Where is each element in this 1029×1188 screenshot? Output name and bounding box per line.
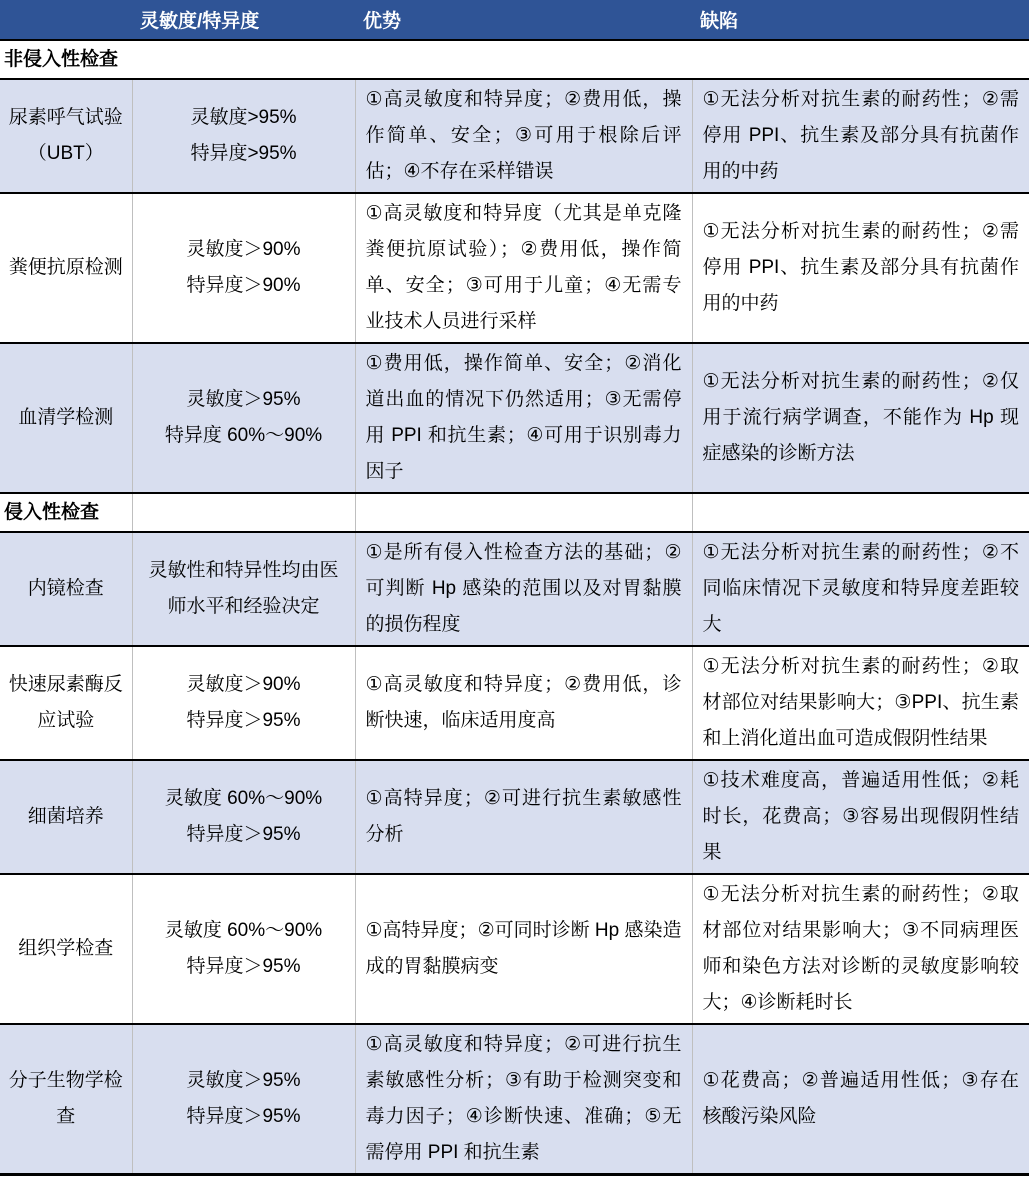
advantages-cell: ①高灵敏度和特异度；②可进行抗生素敏感性分析；③有助于检测突变和毒力因子；④诊断… (355, 1024, 692, 1175)
table-header: 灵敏度/特异度 优势 缺陷 (0, 0, 1029, 40)
section-title-noninvasive: 非侵入性检查 (0, 40, 1029, 79)
hp-test-comparison-page: 灵敏度/特异度 优势 缺陷 非侵入性检查 尿素呼气试验（UBT） 灵敏度>95%… (0, 0, 1029, 1176)
advantages-cell: ①是所有侵入性检查方法的基础；②可判断 Hp 感染的范围以及对胃黏膜的损伤程度 (355, 532, 692, 646)
method-cell: 组织学检查 (0, 874, 132, 1024)
section-title-invasive: 侵入性检查 (0, 493, 132, 532)
method-cell: 粪便抗原检测 (0, 193, 132, 343)
advantages-cell: ①高灵敏度和特异度（尤其是单克隆粪便抗原试验）；②费用低，操作简单、安全；③可用… (355, 193, 692, 343)
col-header-drawbacks: 缺陷 (692, 0, 1029, 40)
drawbacks-cell: ①无法分析对抗生素的耐药性；②不同临床情况下灵敏度和特异度差距较大 (692, 532, 1029, 646)
table-row-rapid-urease: 快速尿素酶反应试验 灵敏度＞90% 特异度＞95% ①高灵敏度和特异度；②费用低… (0, 646, 1029, 760)
drawbacks-cell: ①无法分析对抗生素的耐药性；②仅用于流行病学调查，不能作为 Hp 现症感染的诊断… (692, 343, 1029, 493)
drawbacks-cell: ①无法分析对抗生素的耐药性；②取材部位对结果影响大；③PPI、抗生素和上消化道出… (692, 646, 1029, 760)
col-header-sensitivity-specificity: 灵敏度/特异度 (132, 0, 355, 40)
drawbacks-cell: ①无法分析对抗生素的耐药性；②取材部位对结果影响大；③不同病理医师和染色方法对诊… (692, 874, 1029, 1024)
empty-cell (132, 493, 355, 532)
advantages-cell: ①高灵敏度和特异度；②费用低，操作简单、安全；③可用于根除后评估；④不存在采样错… (355, 79, 692, 193)
metrics-cell: 灵敏度 60%～90% 特异度＞95% (132, 874, 355, 1024)
section-row-invasive: 侵入性检查 (0, 493, 1029, 532)
metrics-cell: 灵敏度 60%～90% 特异度＞95% (132, 760, 355, 874)
header-row: 灵敏度/特异度 优势 缺陷 (0, 0, 1029, 40)
table-row-molecular-biology: 分子生物学检查 灵敏度＞95% 特异度＞95% ①高灵敏度和特异度；②可进行抗生… (0, 1024, 1029, 1175)
empty-cell (355, 493, 692, 532)
table-row-serology: 血清学检测 灵敏度＞95% 特异度 60%～90% ①费用低，操作简单、安全；②… (0, 343, 1029, 493)
advantages-cell: ①高特异度；②可进行抗生素敏感性分析 (355, 760, 692, 874)
method-cell: 尿素呼气试验（UBT） (0, 79, 132, 193)
metrics-cell: 灵敏性和特异性均由医师水平和经验决定 (132, 532, 355, 646)
advantages-cell: ①高灵敏度和特异度；②费用低，诊断快速，临床适用度高 (355, 646, 692, 760)
metrics-cell: 灵敏度＞90% 特异度＞90% (132, 193, 355, 343)
method-cell: 细菌培养 (0, 760, 132, 874)
metrics-cell: 灵敏度＞95% 特异度＞95% (132, 1024, 355, 1175)
table-row-stool-antigen: 粪便抗原检测 灵敏度＞90% 特异度＞90% ①高灵敏度和特异度（尤其是单克隆粪… (0, 193, 1029, 343)
table-row-ubt: 尿素呼气试验（UBT） 灵敏度>95% 特异度>95% ①高灵敏度和特异度；②费… (0, 79, 1029, 193)
method-cell: 快速尿素酶反应试验 (0, 646, 132, 760)
drawbacks-cell: ①无法分析对抗生素的耐药性；②需停用 PPI、抗生素及部分具有抗菌作用的中药 (692, 79, 1029, 193)
col-header-advantages: 优势 (355, 0, 692, 40)
metrics-cell: 灵敏度>95% 特异度>95% (132, 79, 355, 193)
drawbacks-cell: ①无法分析对抗生素的耐药性；②需停用 PPI、抗生素及部分具有抗菌作用的中药 (692, 193, 1029, 343)
hp-test-comparison-table: 灵敏度/特异度 优势 缺陷 非侵入性检查 尿素呼气试验（UBT） 灵敏度>95%… (0, 0, 1029, 1176)
col-header-method (0, 0, 132, 40)
method-cell: 分子生物学检查 (0, 1024, 132, 1175)
table-row-bacterial-culture: 细菌培养 灵敏度 60%～90% 特异度＞95% ①高特异度；②可进行抗生素敏感… (0, 760, 1029, 874)
table-row-histology: 组织学检查 灵敏度 60%～90% 特异度＞95% ①高特异度；②可同时诊断 H… (0, 874, 1029, 1024)
table-row-endoscopy: 内镜检查 灵敏性和特异性均由医师水平和经验决定 ①是所有侵入性检查方法的基础；②… (0, 532, 1029, 646)
method-cell: 血清学检测 (0, 343, 132, 493)
drawbacks-cell: ①花费高；②普遍适用性低；③存在核酸污染风险 (692, 1024, 1029, 1175)
metrics-cell: 灵敏度＞90% 特异度＞95% (132, 646, 355, 760)
section-row-noninvasive: 非侵入性检查 (0, 40, 1029, 79)
drawbacks-cell: ①技术难度高，普遍适用性低；②耗时长，花费高；③容易出现假阴性结果 (692, 760, 1029, 874)
metrics-cell: 灵敏度＞95% 特异度 60%～90% (132, 343, 355, 493)
advantages-cell: ①高特异度；②可同时诊断 Hp 感染造成的胃黏膜病变 (355, 874, 692, 1024)
empty-cell (692, 493, 1029, 532)
advantages-cell: ①费用低，操作简单、安全；②消化道出血的情况下仍然适用；③无需停用 PPI 和抗… (355, 343, 692, 493)
method-cell: 内镜检查 (0, 532, 132, 646)
